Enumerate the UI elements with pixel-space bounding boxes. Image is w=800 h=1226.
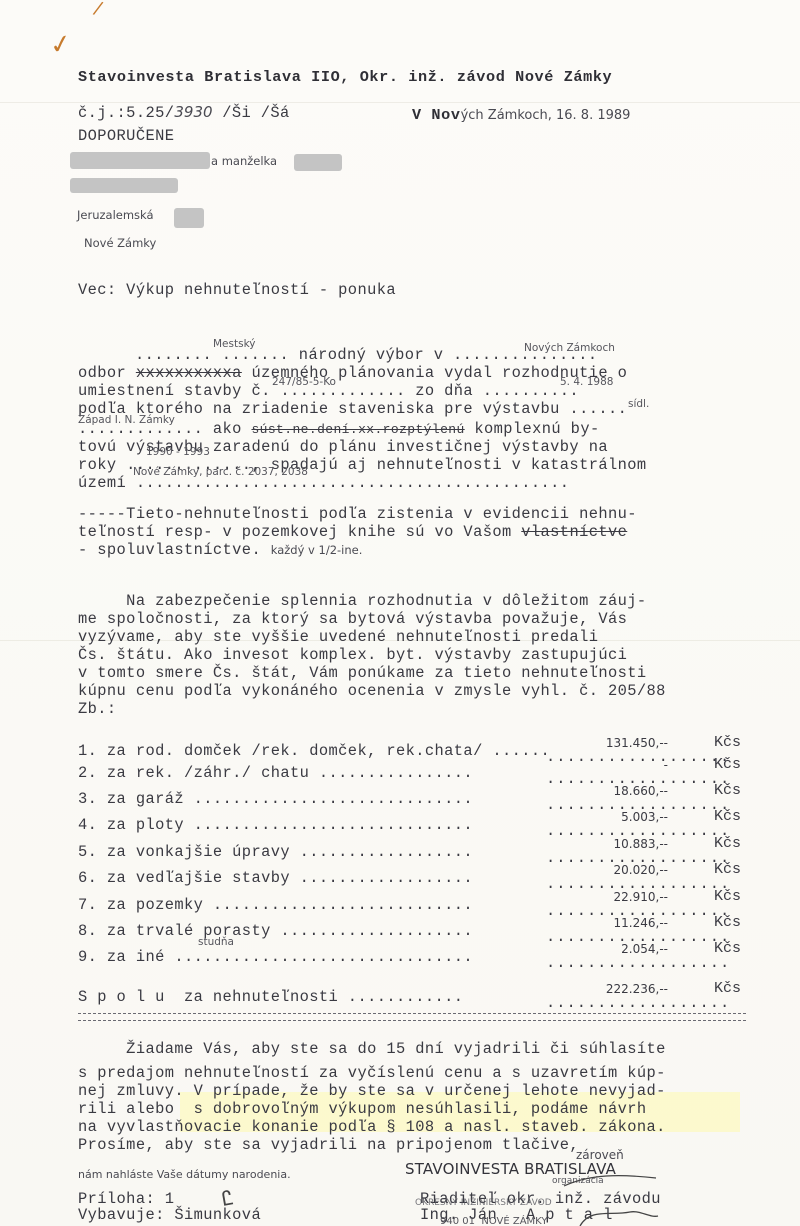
valuation-amount: 10.883,-- (548, 837, 668, 851)
paragraph4-line: s predajom nehnuteľností za vyčíslenú ce… (78, 1064, 666, 1082)
paragraph2-line: teľností resp- v pozemkovej knihe sú vo … (78, 523, 627, 541)
valuation-amount: 11.246,-- (548, 916, 668, 930)
reference-number: č.j.:5.25/3930 /Ši /Šá (78, 103, 290, 122)
reference-prefix: č.j.:5.25/ (78, 104, 174, 122)
leader-dots: .................. (546, 954, 730, 972)
valuation-total-row: S p o l u za nehnuteľnosti .............… (78, 988, 748, 1010)
valuation-amount: - (548, 758, 668, 772)
valuation-row: 4. za ploty ............................… (78, 816, 748, 838)
valuation-label: 4. za ploty ............................… (78, 816, 473, 834)
paragraph1-line: odbor xxxxxxxxxxa územného plánovania vy… (78, 364, 627, 382)
paragraph3-line: me spoločnosti, za ktorý sa bytová výsta… (78, 610, 627, 628)
handwritten-annotation: sídl. (628, 398, 649, 410)
recipient-street: Jeruzalemská (77, 208, 154, 222)
place-date-prefix: V Nov (412, 106, 461, 124)
handwritten-annotation: každý v 1/2-ine. (271, 543, 363, 557)
valuation-row: 5. za vonkajšie úpravy .................… (78, 843, 748, 865)
handwritten-annotation: 5. 4. 1988 (560, 376, 613, 388)
currency-label: Kčs (714, 980, 741, 997)
reference-handwritten: 3930 (174, 103, 212, 121)
paragraph4-line: Prosíme, aby ste sa vyjadrili na pripoje… (78, 1136, 579, 1154)
valuation-amount: 20.020,-- (548, 863, 668, 877)
valuation-amount: 131.450,-- (548, 736, 668, 750)
text: teľností resp- v pozemkovej knihe sú vo … (78, 523, 521, 541)
valuation-amount: 2.054,-- (548, 942, 668, 956)
valuation-row: 2. za rek. /záhr./ chatu ...............… (78, 764, 748, 786)
recipient-spouse: a manželka (211, 154, 277, 168)
valuation-label: 6. za vedľajšie stavby .................… (78, 869, 473, 887)
currency-label: Kčs (714, 835, 741, 852)
handwritten-annotation: Nové Zámky, parc. č. 2037, 2038 (133, 466, 308, 478)
total-label: S p o l u za nehnuteľnosti ............ (78, 988, 463, 1006)
leader-dots: .................. (546, 994, 730, 1012)
paragraph3-line: Zb.: (78, 700, 117, 718)
handwritten-annotation: 1990 - 1993 (146, 446, 210, 458)
currency-label: Kčs (714, 940, 741, 957)
struck-text: vlastníctve (521, 523, 627, 541)
redacted-name (70, 178, 178, 193)
total-amount: 222.236,-- (548, 982, 668, 996)
valuation-label: 9. za iné ..............................… (78, 948, 473, 966)
paragraph1-line: ............. ako súst.ne.dení.xx.rozptý… (78, 420, 600, 438)
valuation-row: 6. za vedľajšie stavby .................… (78, 869, 748, 891)
paragraph3-line: v tomto smere Čs. štát, Vám ponúkame za … (78, 664, 647, 682)
valuation-row: 3. za garáž ............................… (78, 790, 748, 812)
struck-text: súst.ne.dení.xx.rozptýlenú (251, 422, 464, 437)
double-rule (78, 1013, 746, 1021)
text: odbor (78, 364, 136, 382)
handwritten-annotation: Nových Zámkoch (524, 342, 615, 354)
paragraph4-line: nej zmluvy. V prípade, že by ste sa v ur… (78, 1082, 666, 1100)
valuation-amount: 22.910,-- (548, 890, 668, 904)
valuation-label: 5. za vonkajšie úpravy .................… (78, 843, 473, 861)
valuation-row: 7. za pozemky ..........................… (78, 896, 748, 918)
paragraph4-line: na vyvlastňovacie konanie podľa § 108 a … (78, 1118, 666, 1136)
valuation-row: 9. za iné ..............................… (78, 948, 748, 970)
text: komplexnú by- (465, 420, 600, 438)
paragraph2-line: -----Tieto-nehnuteľnosti podľa zistenia … (78, 505, 637, 523)
text: - spoluvlastníctve. (78, 541, 261, 559)
handwritten-line: nám nahláste Vaše dátumy narodenia. (78, 1168, 291, 1181)
struck-text: xxxxxxxxxxa (136, 364, 242, 382)
valuation-row: 8. za trvalé porasty ...................… (78, 922, 748, 944)
redacted-house-number (174, 208, 204, 228)
paragraph3-line: Na zabezpečenie splennia rozhodnutia v d… (78, 592, 647, 610)
recipient-city: Nové Zámky (84, 236, 156, 250)
currency-label: Kčs (714, 782, 741, 799)
currency-label: Kčs (714, 888, 741, 905)
handwritten-annotation: 247/85-5-Ko (272, 376, 336, 388)
paragraph2-line: - spoluvlastníctve. každý v 1/2-ine. (78, 541, 362, 559)
letterhead: Stavoinvesta Bratislava IIO, Okr. inž. z… (78, 68, 612, 86)
delivery-note: DOPORUČENE (78, 127, 174, 145)
stamp-text: 940 01 NOVÉ ZÁMKY (440, 1216, 548, 1226)
currency-label: Kčs (714, 861, 741, 878)
redacted-name (294, 154, 342, 171)
text: ............. ako (78, 420, 251, 438)
currency-label: Kčs (714, 914, 741, 931)
valuation-label: 2. za rek. /záhr./ chatu ...............… (78, 764, 473, 782)
valuation-label: 8. za trvalé porasty ...................… (78, 922, 473, 940)
valuation-label: 7. za pozemky ..........................… (78, 896, 473, 914)
place-date-handwritten: ých Zámkoch, 16. 8. 1989 (461, 108, 631, 123)
reference-suffix: /Ši /Šá (222, 104, 289, 122)
paragraph3-line: kúpnu cenu podľa vykonáného ocenenia v z… (78, 682, 666, 700)
paragraph4-line: rili alebo s dobrovoľným výkupom nesúhla… (78, 1100, 647, 1118)
valuation-amount: 5.003,-- (548, 810, 668, 824)
currency-label: Kčs (714, 808, 741, 825)
subject-line: Vec: Výkup nehnuteľností - ponuka (78, 281, 396, 299)
valuation-label: 1. za rod. domček /rek. domček, rek.chat… (78, 742, 550, 760)
signature-scribble-icon (560, 1168, 660, 1226)
redacted-name (70, 152, 210, 169)
valuation-label: 3. za garáž ............................… (78, 790, 473, 808)
currency-label: Kčs (714, 756, 741, 773)
place-date: V Nových Zámkoch, 16. 8. 1989 (412, 106, 630, 124)
paragraph3-line: Čs. štátu. Ako invesot komplex. byt. výs… (78, 646, 627, 664)
stamp-text: OKRESNÝ INŽINIERSKY ZÁVOD (415, 1198, 552, 1208)
currency-label: Kčs (714, 734, 741, 751)
paragraph4-line: Žiadame Vás, aby ste sa do 15 dní vyjadr… (78, 1040, 666, 1058)
handwritten-annotation: studňa (198, 936, 234, 948)
valuation-amount: 18.660,-- (548, 784, 668, 798)
paragraph3-line: vyzývame, aby ste vyššie uvedené nehnute… (78, 628, 598, 646)
